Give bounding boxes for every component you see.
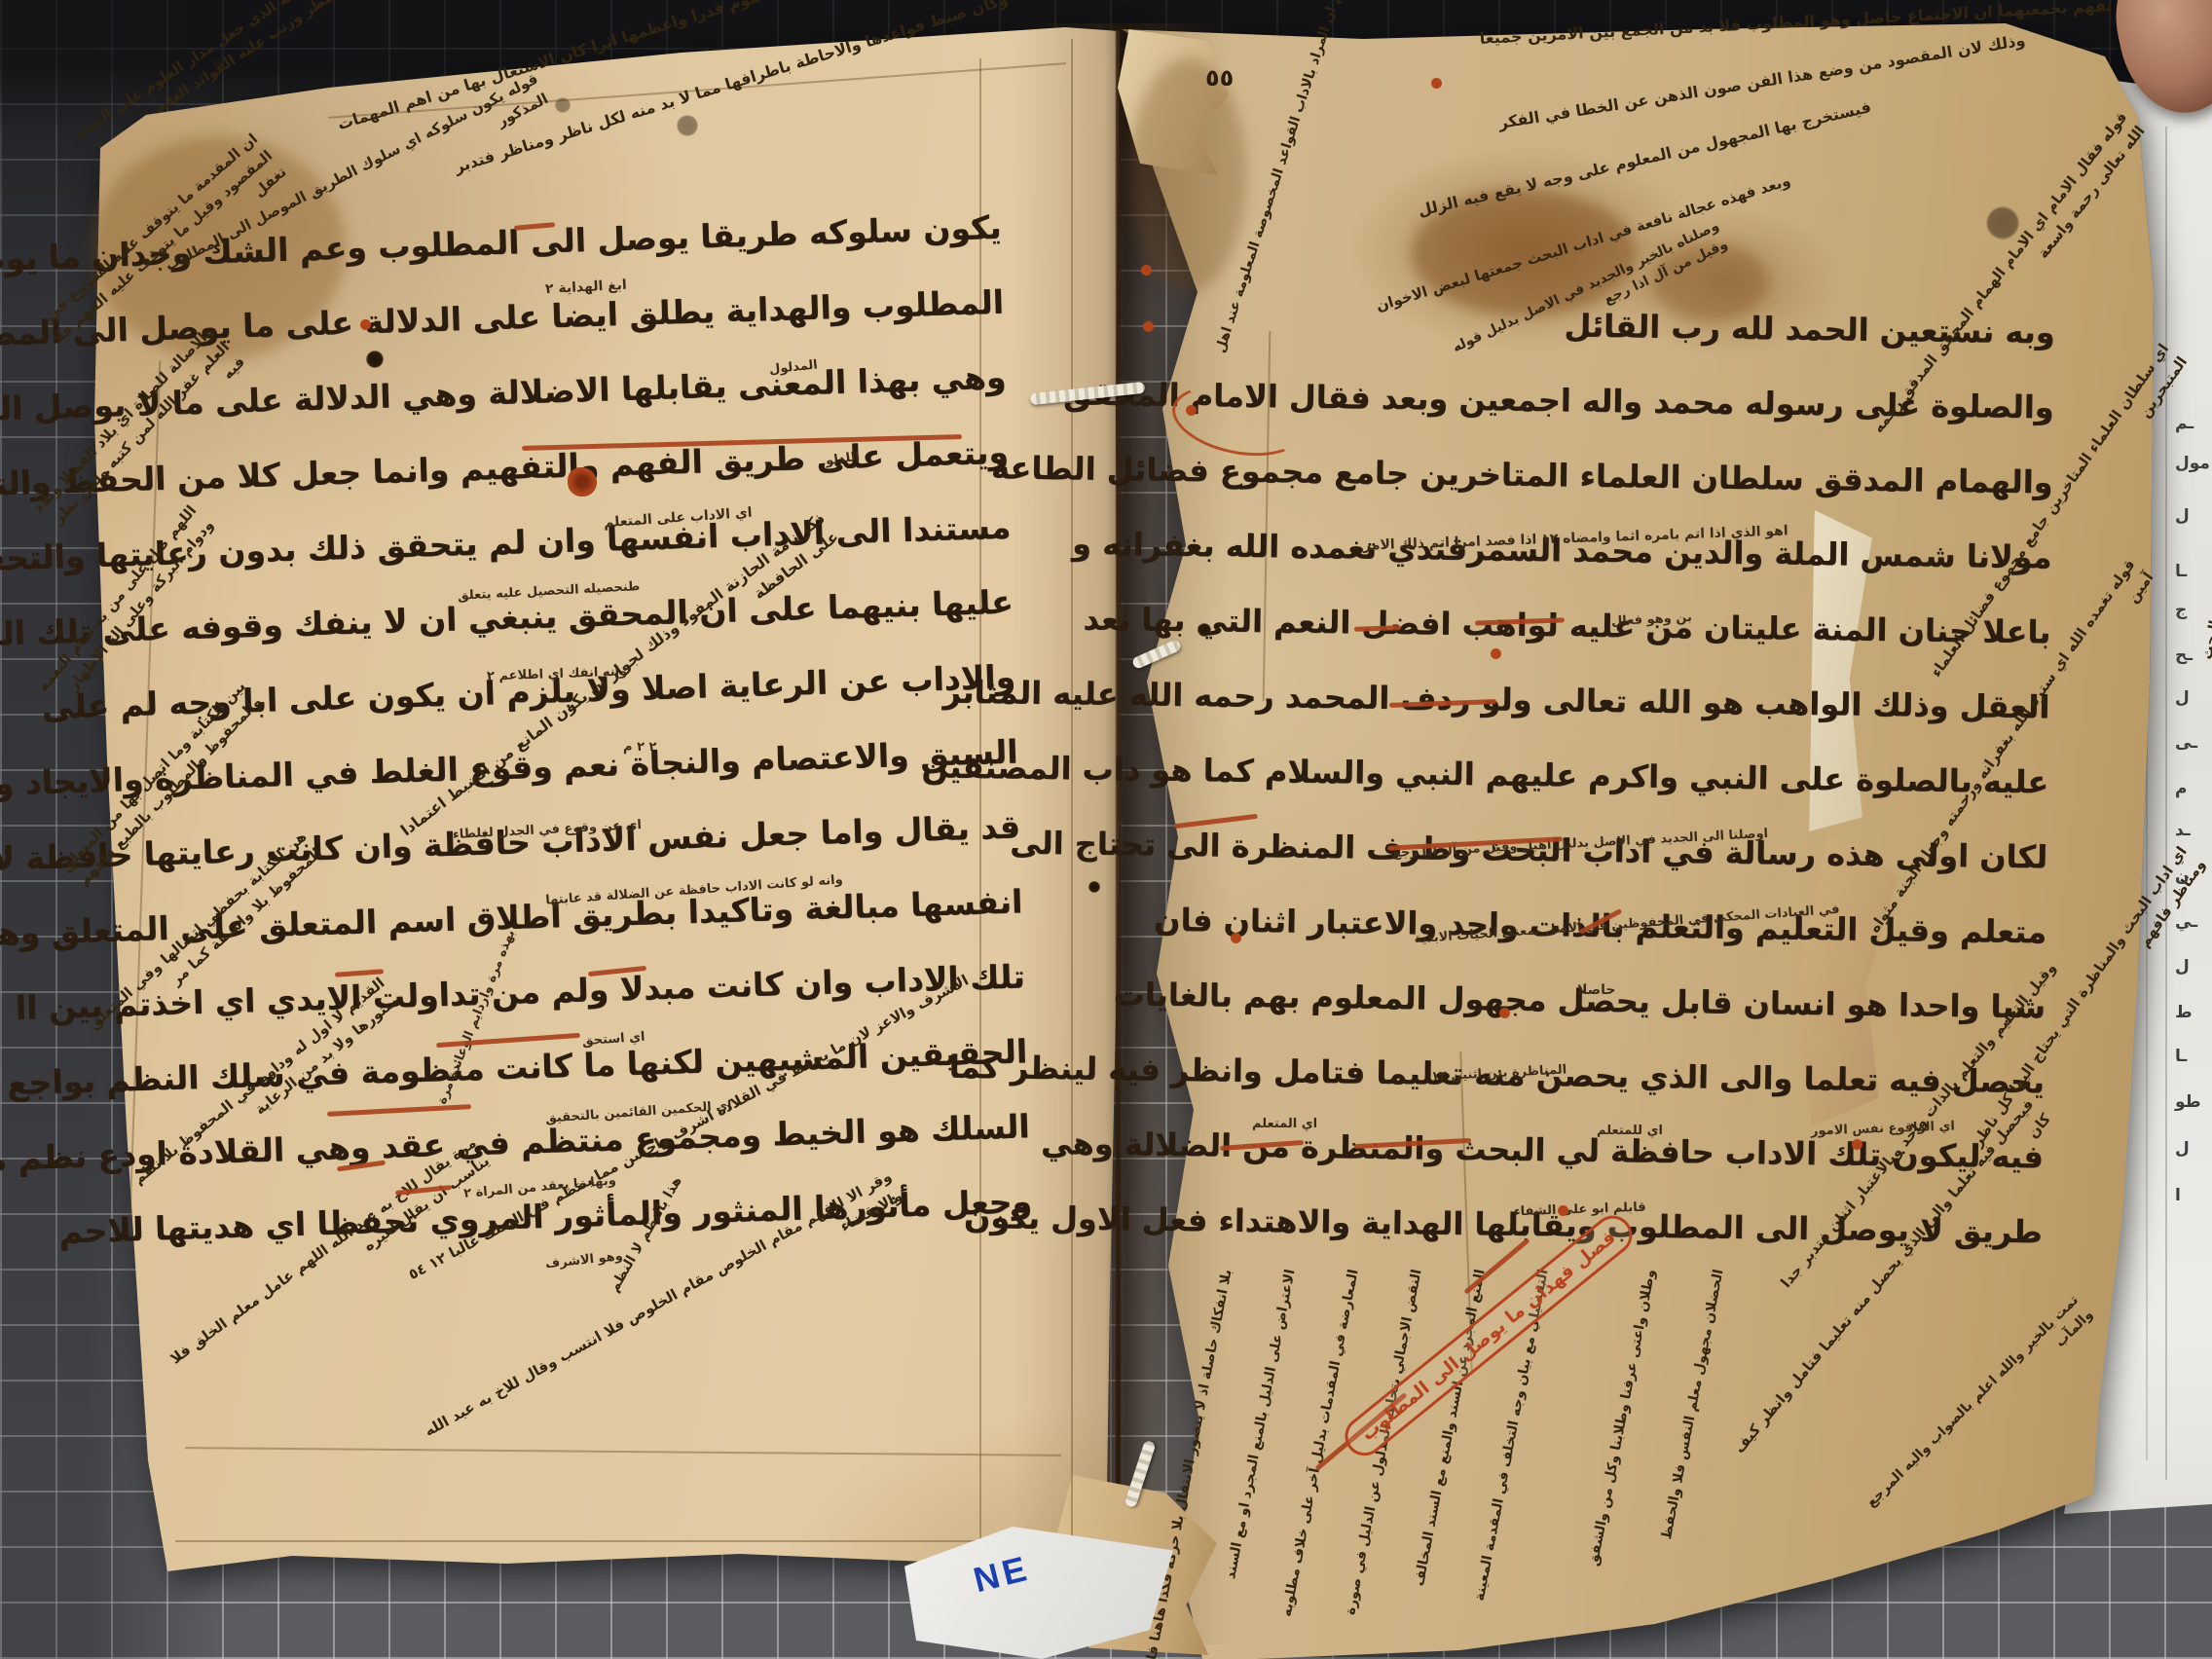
folio-mark: ٣ [212,56,223,77]
fore-edge-glyph: ا [2175,1186,2181,1205]
folio-number: ٥٥ [1205,64,1234,92]
fore-edge-glyph: ل [2175,688,2190,708]
interlinear-gloss: ٢ ٢ م [623,738,656,757]
interlinear-gloss: اي المتعلم [1252,1115,1317,1134]
manuscript-text-line: باعلا جنان المنة عليتان من عليه لواهب اف… [1166,602,2051,689]
fore-edge-glyph: ل [2175,1139,2190,1159]
ink-blot [555,97,571,113]
fore-edge-glyph: ـا [2175,562,2187,581]
fore-edge-glyph: ن [2175,866,2190,886]
rubric-dot [360,319,371,330]
fore-edge-glyph: طو [2175,1092,2201,1112]
fore-edge-glyph: م [2175,779,2187,798]
rubric-dot [1558,1205,1568,1216]
page-stain [1129,58,1246,292]
interlinear-gloss: حاصلا [1577,980,1616,1001]
page-fold-line [1071,39,1073,1558]
interlinear-gloss: ابغ الهداية ٢ [545,276,628,300]
manuscript-text-line: والهمام المدقق سلطان العلماء المتاخرين ج… [1168,452,2053,539]
fore-edge-glyph: ـم [2175,414,2194,433]
rubric-dot [1852,1139,1862,1150]
rubric-dot [1499,1008,1510,1018]
interlinear-gloss: اي للمتعلم [1597,1122,1663,1141]
rubric-dot [1141,265,1152,276]
fore-edge-glyph: ل [2175,506,2190,526]
rubric-dot [1431,78,1442,89]
manuscript-text-line: العقل وذلك الواهب هو الله تعالى ولو ردف … [1165,677,2050,764]
rubric-dot [1143,321,1154,332]
fore-edge-glyph: ل [2175,957,2190,977]
rubric-dot [1231,933,1241,943]
rubric-dot [1491,648,1501,659]
ink-blot [1088,881,1100,893]
ink-blot [366,350,384,368]
red-rosette-ornament [568,467,597,497]
fore-edge-glyph: مول [2175,454,2210,473]
fore-edge-glyph: ـح [2175,645,2193,665]
fore-edge-glyph: ج [2175,601,2187,620]
fore-edge-glyph: ط [2175,1003,2193,1022]
manuscript-photograph: يكون سلوكه طريقا يوصل الى المطلوب وعم ال… [0,0,2212,1659]
ink-blot [677,115,698,136]
fore-edge-glyph: ـا [2175,1047,2187,1066]
fore-edge-glyph: ـد [2175,821,2191,840]
page-fold-line [175,1540,1100,1542]
ink-blot [1198,623,1211,637]
ink-blot [1986,206,2019,240]
fore-edge-glyph: ـى [2175,733,2197,753]
manuscript-text-line: عليه بالصلوة على النبي واكرم عليهم النبي… [1164,752,2049,839]
spine-crack [1116,29,1121,1558]
scrap-letters: NE [970,1548,1034,1602]
fore-edge-glyph: ـي [2175,912,2197,932]
